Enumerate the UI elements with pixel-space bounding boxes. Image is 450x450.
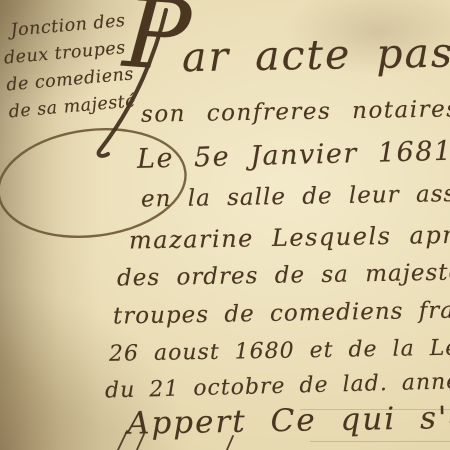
manuscript-photo: Jonction des deux troupes de comediens d… xyxy=(0,0,450,450)
cutoff-stroke-1 xyxy=(117,431,127,450)
text-line-5: mazarine Lesquels apres au xyxy=(129,219,450,254)
faint-rule-2 xyxy=(310,441,450,442)
text-line-10: Appert Ce qui s'ensuit xyxy=(127,398,450,441)
text-line-2: son confreres notaires xyxy=(141,96,450,128)
text-line-1: ar acte passe p xyxy=(182,27,450,82)
